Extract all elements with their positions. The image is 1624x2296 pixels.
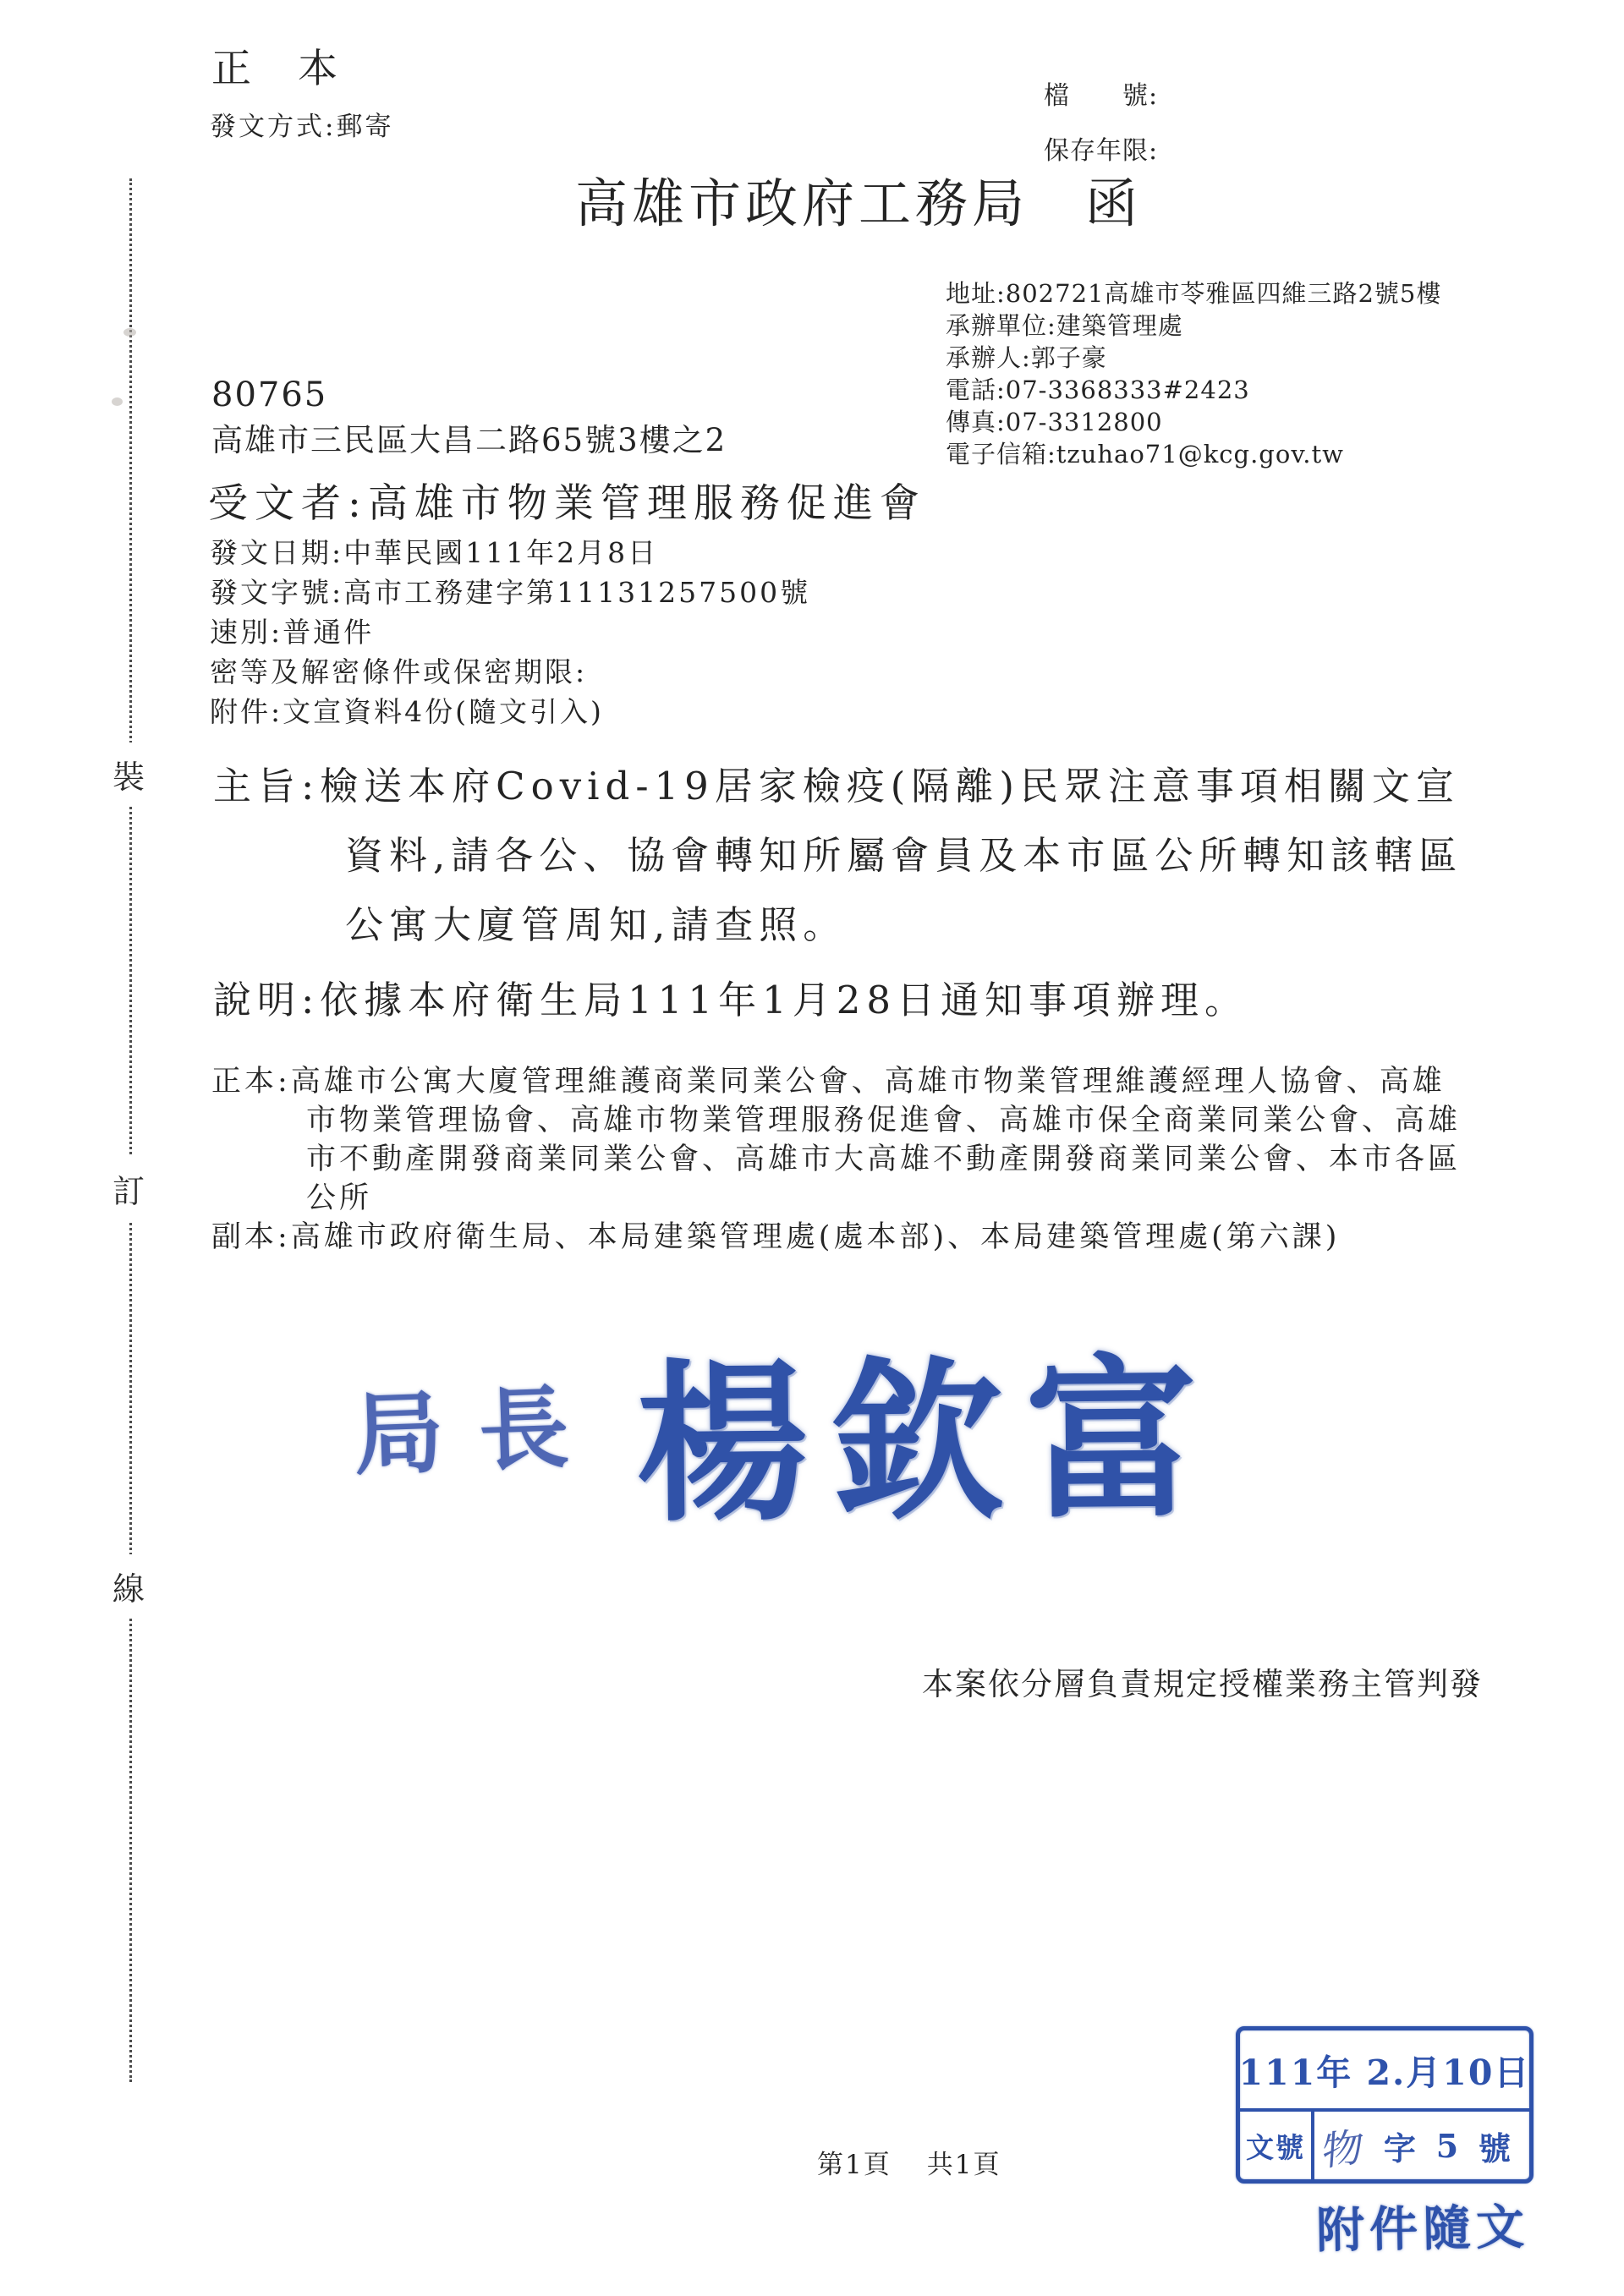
priority: 速別:普通件: [210, 612, 810, 652]
description-label: 說明:: [213, 978, 320, 1022]
original-copy-line-1: 高雄市公寓大廈管理維護商業同業公會、高雄市物業管理維護經理人協會、高雄: [291, 1065, 1446, 1099]
stamp-date: 111年 2.月10日: [1240, 2030, 1529, 2112]
subject-line-2: 資料,請各公、協會轉知所屬會員及本市區公所轉知該轄區: [345, 825, 1462, 894]
cc-label: 副本:: [211, 1220, 291, 1254]
contact-unit: 承辦單位:建築管理處: [946, 310, 1441, 342]
stamp-number: 5: [1436, 2127, 1458, 2165]
stamp-zi: 字: [1384, 2123, 1416, 2169]
official-letter-page: 裝 訂 線 正 本 發文方式:郵寄 檔 號: 保存年限: 高雄市政府工務局 函 …: [0, 0, 1624, 2296]
stamp-hao: 號: [1479, 2123, 1511, 2169]
document-title: 高雄市政府工務局 函: [575, 162, 1142, 237]
original-copy-line-3: 市不動產開發商業同業公會、高雄市大高雄不動產開發商業同業公會、本市各區: [306, 1140, 1461, 1179]
binding-label-zhuang: 裝: [111, 743, 146, 806]
footer-page-total: 共1頁: [927, 2143, 1001, 2181]
stamp-doc-no-value: 物 字 5 號: [1314, 2112, 1529, 2179]
contact-person: 承辦人:郭子豪: [946, 342, 1441, 374]
delivery-method: 發文方式:郵寄: [210, 105, 393, 143]
subject-line-3: 公寓大廈管周知,請查照。: [345, 894, 1462, 963]
scan-speck: [112, 397, 123, 406]
contact-email: 電子信箱:tzuhao71@kcg.gov.tw: [946, 438, 1441, 470]
footer-page-number: 第1頁: [817, 2143, 892, 2181]
original-copy-line-4: 公所: [306, 1179, 1461, 1218]
scan-speck: [123, 328, 136, 337]
contact-phone: 電話:07-3368333#2423: [946, 374, 1441, 406]
doc-number: 發文字號:高市工務建字第11131257500號: [210, 573, 810, 612]
description-text: 依據本府衛生局111年1月28日通知事項辦理。: [320, 978, 1248, 1022]
recipient-line: 受文者:高雄市物業管理服務促進會: [208, 472, 926, 529]
recipient-zipcode: 80765: [211, 375, 327, 414]
subject-line-1: 檢送本府Covid-19居家檢疫(隔離)民眾注意事項相關文宣: [320, 764, 1460, 808]
subject-label: 主旨:: [213, 764, 320, 808]
binding-label-xian: 線: [111, 1554, 146, 1618]
distribution-block: 正本:高雄市公寓大廈管理維護商業同業公會、高雄市物業管理維護經理人協會、高雄 市…: [211, 1062, 1461, 1257]
attachment-follows-stamp: 附件隨文: [1315, 2189, 1529, 2261]
stamp-doc-no-label: 文號: [1240, 2112, 1314, 2179]
page-footer: 第1頁 共1頁: [817, 2143, 1001, 2181]
security-level: 密等及解密條件或保密期限:: [210, 652, 810, 692]
recipient-street: 高雄市三民區大昌二路65號3樓之2: [211, 414, 727, 460]
director-title-stamp: 局長: [351, 1356, 606, 1493]
binding-dotted-line: [129, 178, 132, 2082]
description-block: 說明:依據本府衛生局111年1月28日通知事項辦理。: [213, 969, 1248, 1024]
contact-address: 地址:802721高雄市苓雅區四維三路2號5樓: [946, 277, 1441, 310]
authorization-note: 本案依分層負責規定授權業務主管判發: [922, 1658, 1483, 1704]
director-name-signature: 楊欽富: [635, 1301, 1221, 1554]
original-copy-line-2: 市物業管理協會、高雄市物業管理服務促進會、高雄市保全商業同業公會、高雄: [306, 1101, 1461, 1140]
attachment: 附件:文宣資料4份(隨文引入): [210, 692, 810, 732]
issue-date: 發文日期:中華民國111年2月8日: [210, 533, 810, 573]
agency-contact-block: 地址:802721高雄市苓雅區四維三路2號5樓 承辦單位:建築管理處 承辦人:郭…: [946, 277, 1441, 470]
cc-line: 高雄市政府衛生局、本局建築管理處(處本部)、本局建築管理處(第六課): [291, 1220, 1341, 1254]
document-meta-block: 發文日期:中華民國111年2月8日 發文字號:高市工務建字第1113125750…: [210, 533, 810, 732]
copy-type-label: 正 本: [211, 37, 341, 94]
received-date-stamp: 111年 2.月10日 文號 物 字 5 號: [1236, 2026, 1533, 2184]
stamp-handwritten-char: 物: [1320, 2113, 1366, 2177]
original-copy-label: 正本:: [211, 1065, 291, 1099]
binding-label-ding: 訂: [111, 1157, 146, 1220]
contact-fax: 傳真:07-3312800: [946, 406, 1441, 438]
file-number-label: 檔 號:: [1044, 74, 1158, 112]
subject-block: 主旨:檢送本府Covid-19居家檢疫(隔離)民眾注意事項相關文宣 資料,請各公…: [213, 755, 1462, 963]
